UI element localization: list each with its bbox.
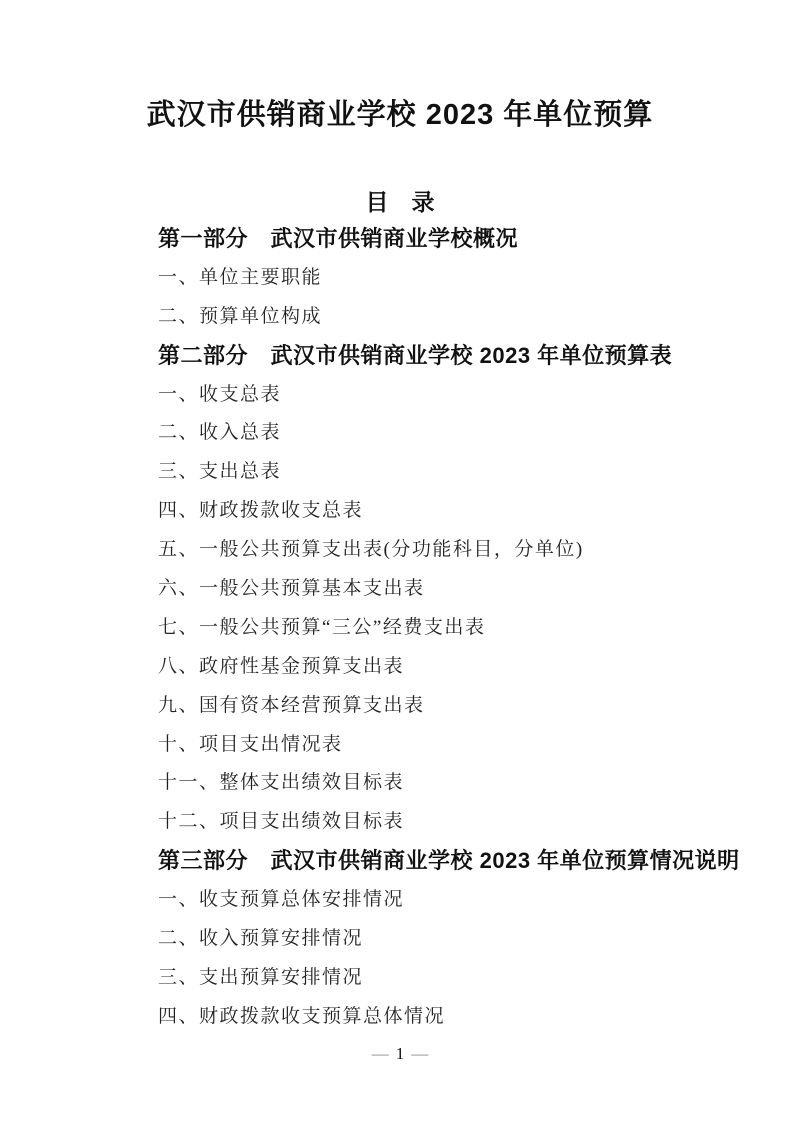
toc-entry: 三、支出总表 <box>158 453 780 492</box>
page-number: 1 <box>389 1044 412 1063</box>
toc-entry: 十一、整体支出绩效目标表 <box>158 764 780 803</box>
toc-entry: 八、政府性基金预算支出表 <box>158 648 780 687</box>
footer-dash-left: — <box>372 1044 389 1063</box>
toc-entry: 一、单位主要职能 <box>158 259 780 298</box>
toc-entry: 六、一般公共预算基本支出表 <box>158 570 780 609</box>
toc-entry: 二、预算单位构成 <box>158 298 780 337</box>
toc-entry: 七、一般公共预算“三公”经费支出表 <box>158 609 780 648</box>
footer-dash-right: — <box>411 1044 428 1063</box>
toc-entry: 四、财政拨款收支预算总体情况 <box>158 998 780 1037</box>
toc-entry: 四、财政拨款收支总表 <box>158 492 780 531</box>
toc-entry: 五、一般公共预算支出表(分功能科目，分单位) <box>158 531 780 570</box>
toc-section-part2: 第二部分 武汉市供销商业学校 2023 年单位预算表 <box>158 337 780 376</box>
toc-entry: 九、国有资本经营预算支出表 <box>158 687 780 726</box>
toc-entry: 十二、项目支出绩效目标表 <box>158 803 780 842</box>
document-title: 武汉市供销商业学校 2023 年单位预算 <box>0 92 800 133</box>
page-footer: —1— <box>0 1044 800 1064</box>
toc-entry: 一、收支预算总体安排情况 <box>158 881 780 920</box>
toc-entry: 二、收入预算安排情况 <box>158 920 780 959</box>
toc-entry: 二、收入总表 <box>158 414 780 453</box>
toc-list: 第一部分 武汉市供销商业学校概况 一、单位主要职能 二、预算单位构成 第二部分 … <box>158 220 780 1037</box>
document-page: 武汉市供销商业学校 2023 年单位预算 目 录 第一部分 武汉市供销商业学校概… <box>0 0 800 1131</box>
toc-section-part1: 第一部分 武汉市供销商业学校概况 <box>158 220 780 259</box>
toc-section-part3: 第三部分 武汉市供销商业学校 2023 年单位预算情况说明 <box>158 842 780 881</box>
toc-entry: 十、项目支出情况表 <box>158 726 780 765</box>
toc-heading: 目 录 <box>0 184 800 217</box>
toc-entry: 一、收支总表 <box>158 376 780 415</box>
toc-entry: 三、支出预算安排情况 <box>158 959 780 998</box>
